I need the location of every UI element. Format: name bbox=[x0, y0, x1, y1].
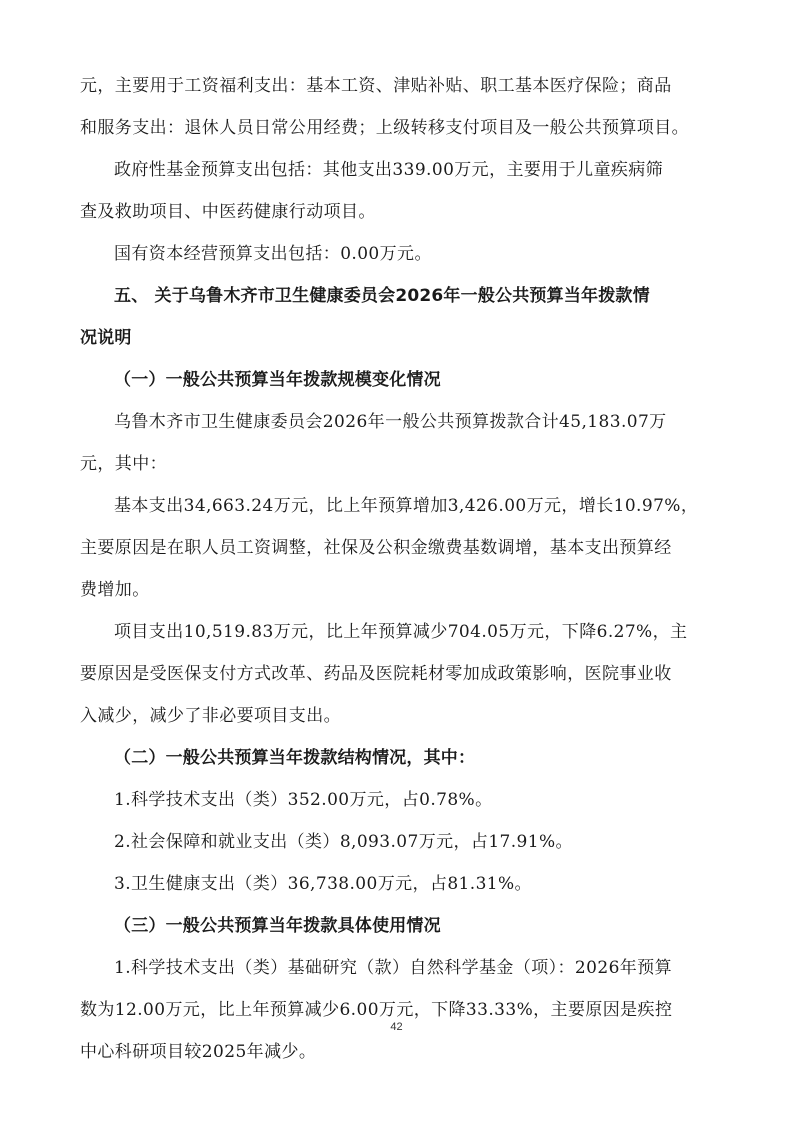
paragraph-line: 主要原因是在职人员工资调整，社保及公积金缴费基数调增，基本支出预算经 bbox=[80, 537, 672, 559]
paragraph-line: 国有资本经营预算支出包括：0.00万元。 bbox=[114, 243, 432, 265]
paragraph-line: 政府性基金预算支出包括：其他支出339.00万元，主要用于儿童疾病筛 bbox=[114, 159, 663, 181]
paragraph-line: 乌鲁木齐市卫生健康委员会2026年一般公共预算拨款合计45,183.07万 bbox=[114, 411, 667, 433]
paragraph-line: 费增加。 bbox=[80, 579, 150, 601]
section-heading: 况说明 bbox=[80, 327, 132, 349]
paragraph-line: 入减少，减少了非必要项目支出。 bbox=[80, 705, 341, 727]
paragraph-line: 元，其中： bbox=[80, 453, 167, 475]
section-heading: （一）一般公共预算当年拨款规模变化情况 bbox=[114, 369, 441, 391]
paragraph-line: 要原因是受医保支付方式改革、药品及医院耗材零加成政策影响，医院事业收 bbox=[80, 663, 672, 685]
paragraph-line: 元，主要用于工资福利支出：基本工资、津贴补贴、职工基本医疗保险；商品 bbox=[80, 75, 672, 97]
paragraph-line: 基本支出34,663.24万元，比上年预算增加3,426.00万元，增长10.9… bbox=[114, 495, 698, 517]
section-heading: （三）一般公共预算当年拨款具体使用情况 bbox=[114, 915, 441, 937]
paragraph-line: 数为12.00万元，比上年预算减少6.00万元，下降33.33%，主要原因是疾控 bbox=[80, 999, 672, 1021]
section-heading: 五、 关于乌鲁木齐市卫生健康委员会2026年一般公共预算当年拨款情 bbox=[114, 285, 650, 307]
paragraph-line: 中心科研项目较2025年减少。 bbox=[80, 1041, 316, 1063]
paragraph-line: 3.卫生健康支出（类）36,738.00万元，占81.31%。 bbox=[114, 873, 532, 895]
section-heading: （二）一般公共预算当年拨款结构情况，其中： bbox=[114, 747, 475, 769]
paragraph-line: 2.社会保障和就业支出（类）8,093.07万元，占17.91%。 bbox=[114, 831, 573, 853]
paragraph-line: 1.科学技术支出（类）352.00万元，占0.78%。 bbox=[114, 789, 493, 811]
paragraph-line: 1.科学技术支出（类）基础研究（款）自然科学基金（项）：2026年预算 bbox=[114, 957, 672, 979]
paragraph-line: 和服务支出：退休人员日常公用经费；上级转移支付项目及一般公共预算项目。 bbox=[80, 117, 689, 139]
paragraph-line: 项目支出10,519.83万元，比上年预算减少704.05万元，下降6.27%，… bbox=[114, 621, 687, 643]
paragraph-line: 查及救助项目、中医药健康行动项目。 bbox=[80, 201, 376, 223]
page-number: 42 bbox=[0, 1021, 793, 1033]
